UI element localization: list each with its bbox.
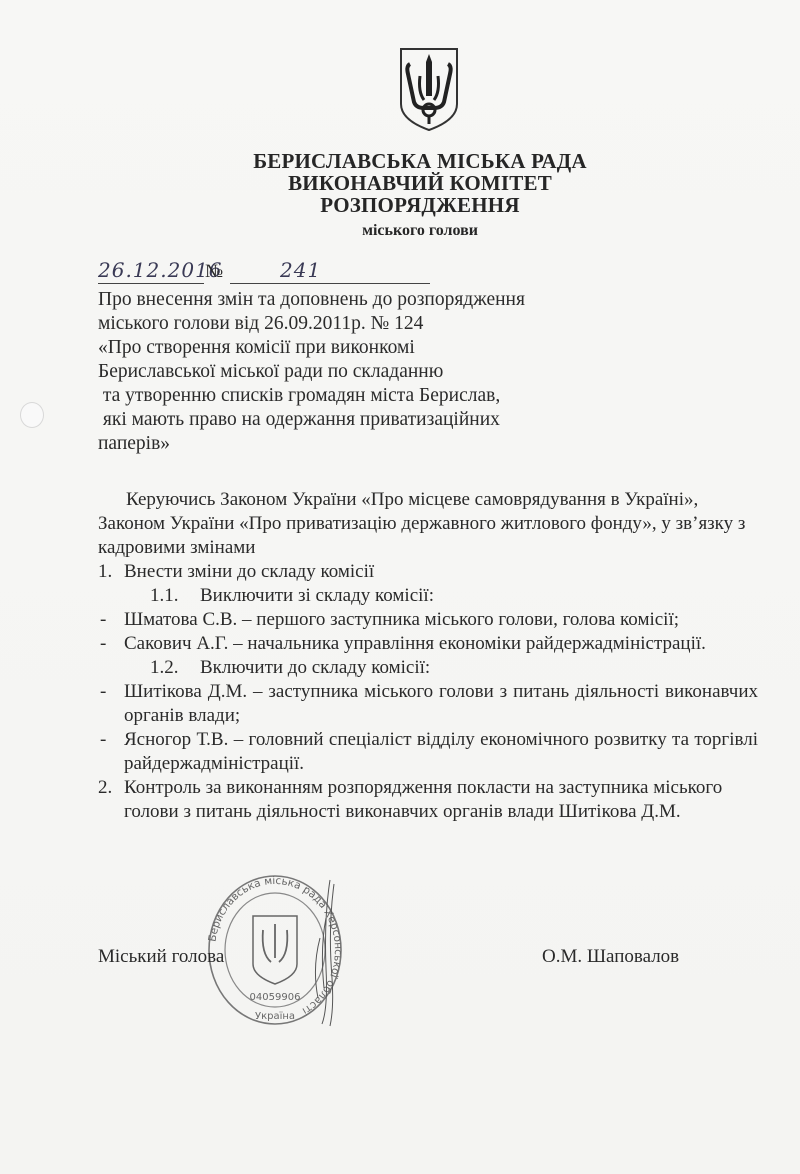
item-2: 2. Контроль за виконанням розпорядження … xyxy=(98,776,758,824)
signatory-title: Міський голова xyxy=(98,946,224,968)
document-subject: Про внесення змін та доповнень до розпор… xyxy=(98,288,525,456)
svg-text:Україна: Україна xyxy=(255,1011,295,1022)
date-number-line: 26.12.2016 № 241 xyxy=(98,258,438,286)
handwritten-number: 241 xyxy=(230,258,430,284)
document-body: Керуючись Законом України «Про місцеве с… xyxy=(98,488,758,824)
issuer: міського голови xyxy=(0,220,800,242)
council-name: БЕРИСЛАВСЬКА МІСЬКА РАДА xyxy=(0,150,800,172)
signatory-name: О.М. Шаповалов xyxy=(542,946,679,968)
item-1-2: 1.2. Включити до складу комісії: xyxy=(98,656,758,680)
subject-line: паперів» xyxy=(98,432,525,456)
document-page: БЕРИСЛАВСЬКА МІСЬКА РАДА ВИКОНАВЧИЙ КОМІ… xyxy=(0,0,800,1174)
list-item: - Ясногор Т.В. – головний спеціаліст від… xyxy=(98,728,758,776)
list-item: - Шматова С.В. – першого заступника місь… xyxy=(98,608,758,632)
signature-block: Міський голова О.М. Шаповалов xyxy=(98,946,718,976)
subject-line: та утворенню списків громадян міста Бери… xyxy=(98,384,525,408)
handwritten-date: 26.12.2016 xyxy=(98,258,204,284)
list-item: - Сакович А.Г. – начальника управління е… xyxy=(98,632,758,656)
document-header: БЕРИСЛАВСЬКА МІСЬКА РАДА ВИКОНАВЧИЙ КОМІ… xyxy=(0,150,800,242)
subject-line: які мають право на одержання приватизаці… xyxy=(98,408,525,432)
subject-line: Бериславської міської ради по складанню xyxy=(98,360,525,384)
item-1-1: 1.1. Виключити зі складу комісії: xyxy=(98,584,758,608)
preamble: Керуючись Законом України «Про місцеве с… xyxy=(98,488,758,560)
item-1: 1. Внести зміни до складу комісії xyxy=(98,560,758,584)
committee-name: ВИКОНАВЧИЙ КОМІТЕТ xyxy=(0,172,800,194)
document-type: РОЗПОРЯДЖЕННЯ xyxy=(0,194,800,216)
subject-line: Про внесення змін та доповнень до розпор… xyxy=(98,288,525,312)
number-sign: № xyxy=(205,261,223,283)
punch-hole xyxy=(20,402,44,428)
trident-coat-of-arms-icon xyxy=(398,46,460,132)
svg-text:04059906: 04059906 xyxy=(250,992,301,1003)
subject-line: міського голови від 26.09.2011р. № 124 xyxy=(98,312,525,336)
list-item: - Шитікова Д.М. – заступника міського го… xyxy=(98,680,758,728)
subject-line: «Про створення комісії при виконкомі xyxy=(98,336,525,360)
